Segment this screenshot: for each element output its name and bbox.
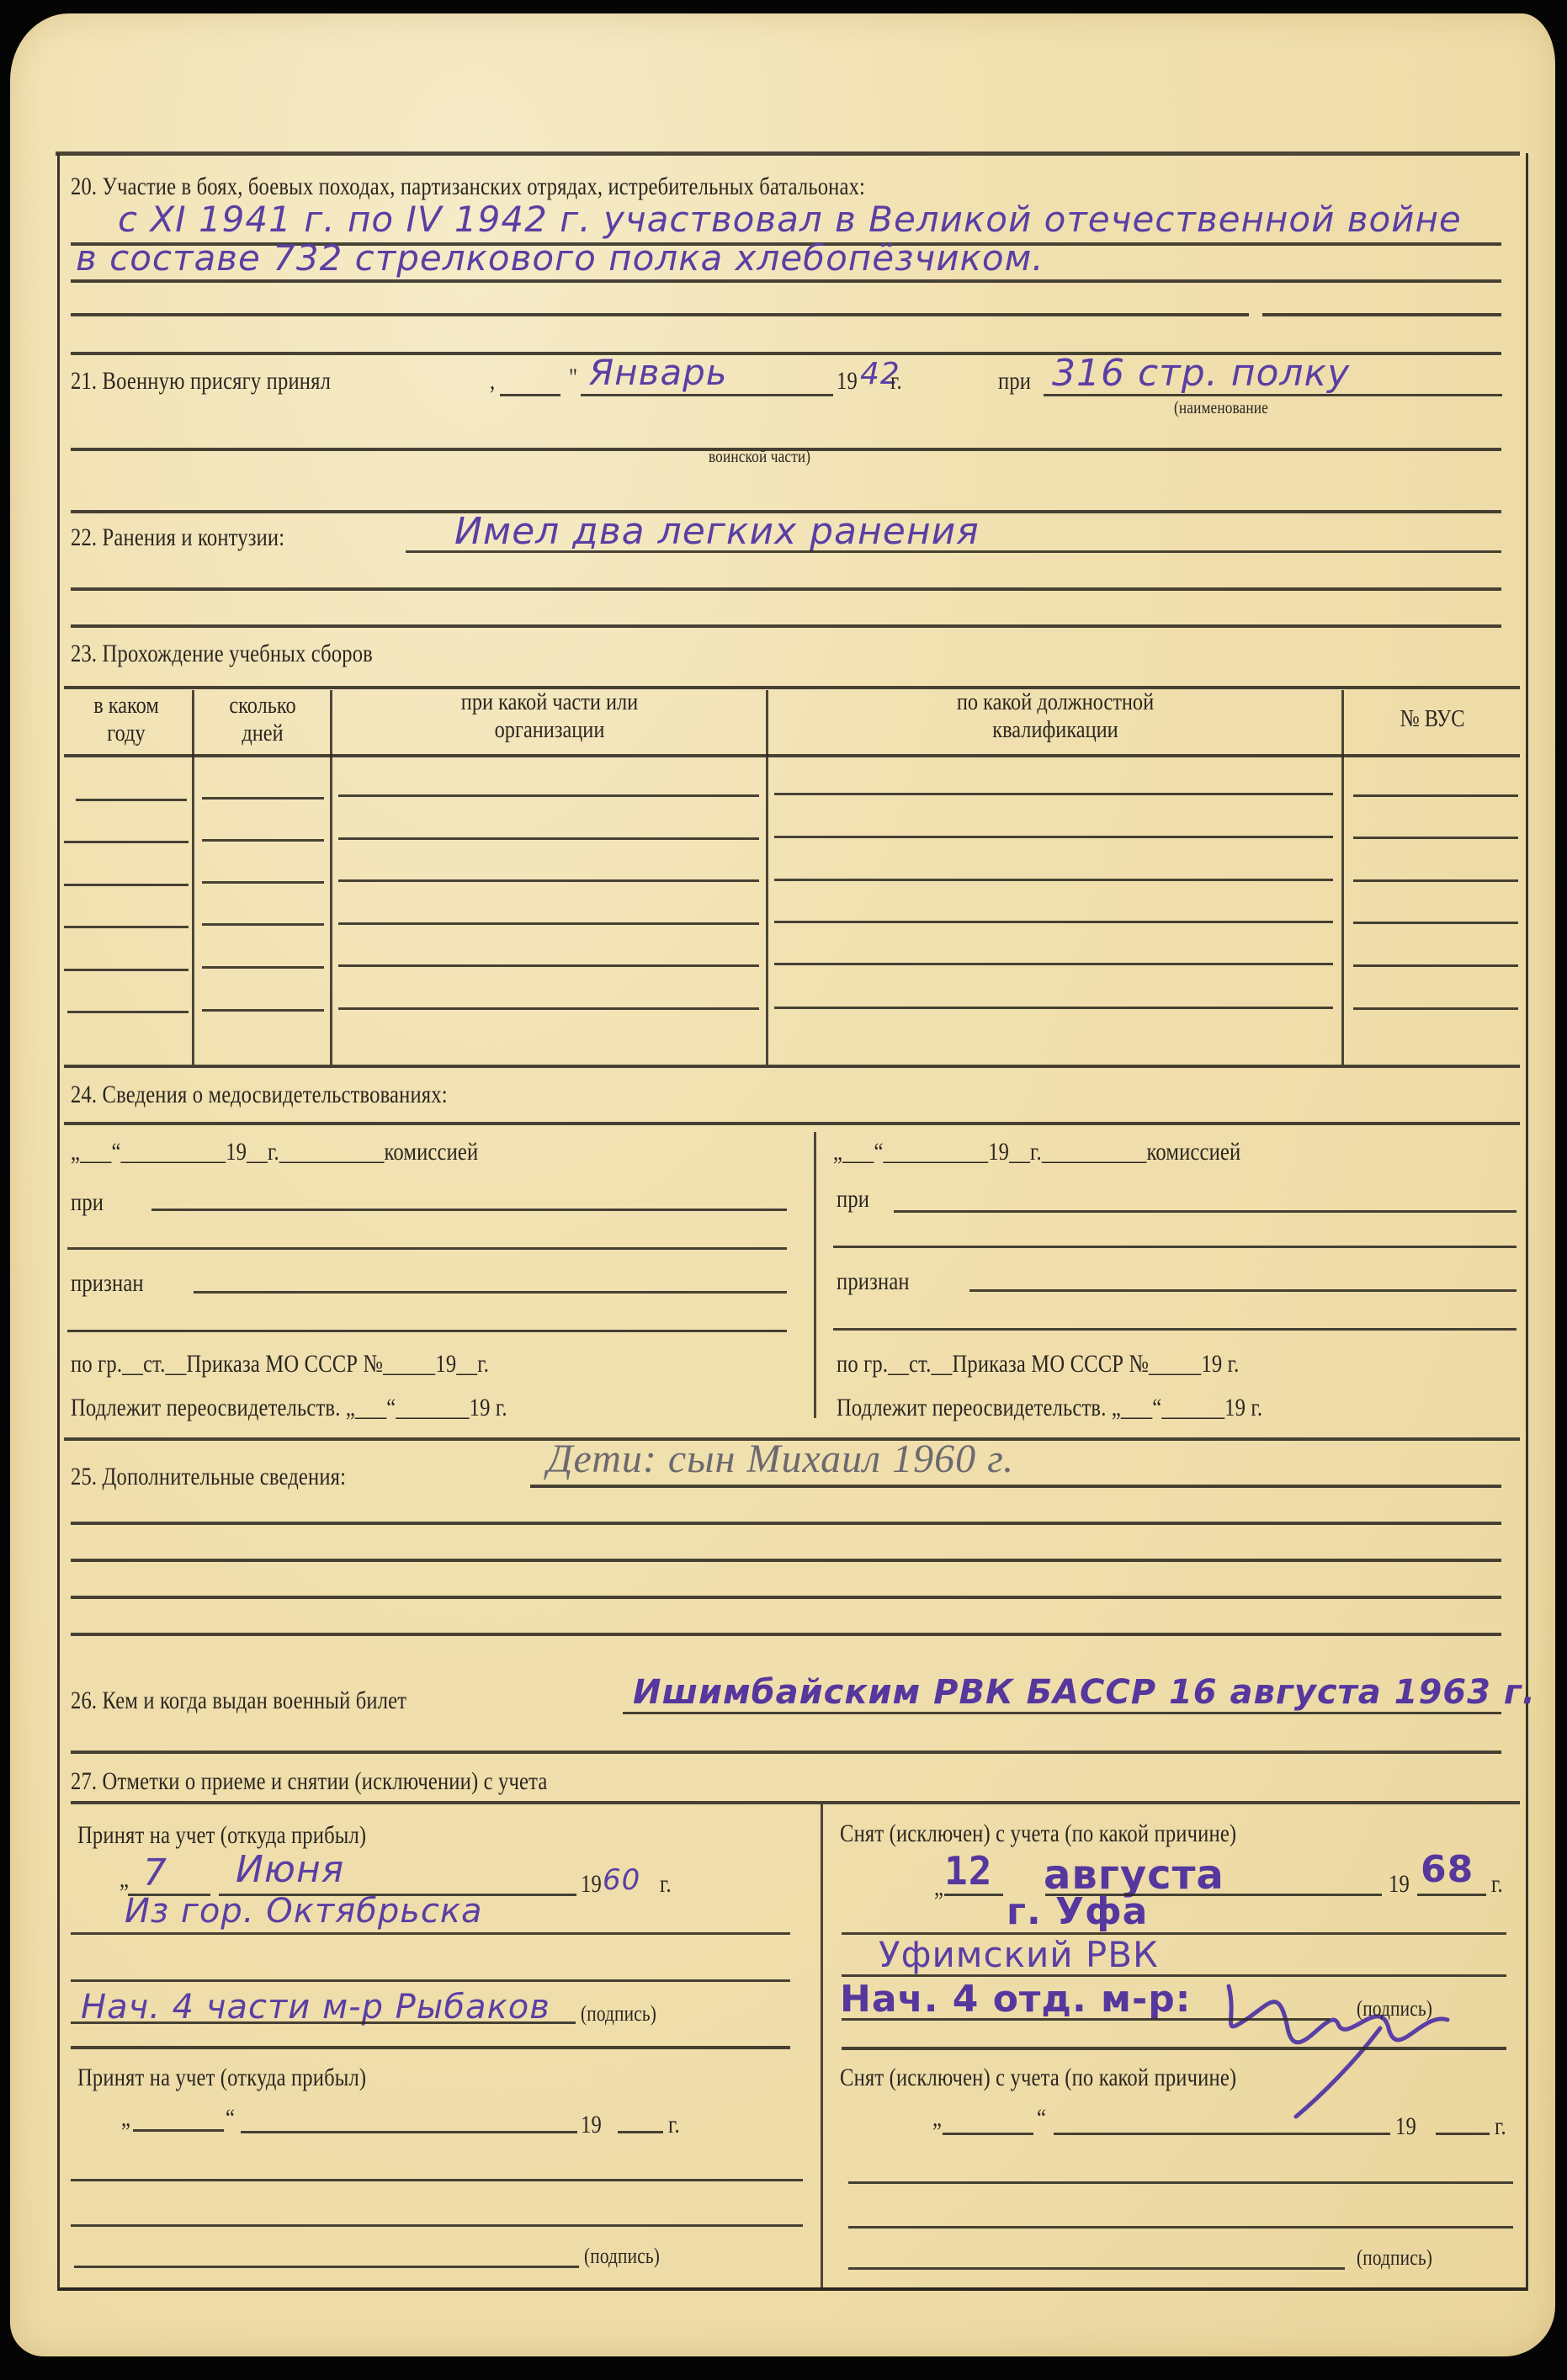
deregistered-heading: Снят (исключен) с учета (по какой причин… [840, 2064, 1236, 2092]
col-divider [766, 690, 768, 1065]
quote-close: " [569, 364, 577, 392]
rule [530, 1485, 1501, 1488]
cell-line [64, 841, 189, 843]
deregistered-reason-2[interactable]: Уфимский РВК [879, 1934, 1159, 1975]
section-22-label: 22. Ранения и контузии: [71, 523, 284, 552]
cell-line [338, 922, 759, 925]
cell-line [774, 963, 1333, 965]
at-label: при [998, 367, 1031, 396]
year-blank[interactable] [618, 2131, 663, 2133]
table-header-rule [64, 754, 1520, 757]
section-20-label: 20. Участие в боях, боевых походах, парт… [71, 173, 865, 201]
day-blank[interactable] [133, 2129, 224, 2132]
deregistered-year[interactable]: 68 [1421, 1848, 1474, 1891]
col-header-year: в какомгоду [70, 692, 183, 747]
field-line [71, 1979, 790, 1982]
exam-recognized-label: признан [71, 1269, 144, 1298]
oath-month-value[interactable]: Январь [589, 352, 728, 393]
registered-day[interactable]: 7 [143, 1851, 167, 1894]
cell-line [338, 879, 759, 882]
quote-mark: “ [1037, 2104, 1046, 2133]
field-line[interactable] [151, 1209, 787, 1211]
table-top-rule [64, 686, 1520, 689]
wounds-value[interactable]: Имел два легких ранения [454, 510, 980, 553]
month-blank[interactable] [1054, 2133, 1390, 2135]
deregistered-signature[interactable]: Нач. 4 отд. м-р: [840, 1978, 1191, 2021]
cell-line [64, 926, 189, 928]
cell-line [338, 964, 759, 967]
cell-line [338, 794, 759, 797]
exam-date-line[interactable]: „___“__________19__г.__________комиссией [833, 1138, 1240, 1166]
registered-month[interactable]: Июня [236, 1848, 344, 1891]
year-prefix: 19 [1395, 2112, 1416, 2141]
signature-line [842, 2018, 1330, 2021]
section-20-value-line-2[interactable]: в составе 732 стрелкового полка хлебопёз… [76, 237, 1044, 279]
field-line[interactable] [894, 1210, 1517, 1213]
cell-line [338, 1007, 759, 1010]
section-24-label: 24. Сведения о медосвидетельствованиях: [71, 1081, 448, 1109]
field-line[interactable] [67, 1330, 787, 1332]
year-suffix: г. [660, 1870, 672, 1899]
signature-line[interactable] [74, 2266, 579, 2268]
table-bottom-rule [64, 1065, 1520, 1068]
field-line[interactable] [67, 1247, 787, 1250]
col-divider [192, 690, 194, 1065]
rule [71, 313, 1249, 316]
cell-line [338, 837, 759, 840]
exam-at-label: при [837, 1185, 869, 1214]
rule [71, 2046, 790, 2049]
rule [623, 1712, 1501, 1714]
sign-caption: (подпись) [1357, 1996, 1432, 2021]
year-blank [1417, 1894, 1486, 1896]
sign-caption: (подпись) [1357, 2245, 1432, 2271]
registered-from[interactable]: Из гор. Октябрьска [125, 1892, 483, 1931]
quote-mark: „ [121, 2104, 130, 2133]
field-line[interactable] [833, 1328, 1517, 1331]
cell-line [1353, 922, 1518, 924]
rule [71, 1522, 1501, 1525]
day-blank [500, 394, 560, 396]
rule [406, 550, 1501, 553]
cell-line [202, 1009, 324, 1012]
field-line[interactable] [71, 2224, 803, 2227]
cell-line [1353, 1007, 1518, 1010]
field-line[interactable] [833, 1246, 1517, 1248]
exam-at-label: при [71, 1188, 104, 1217]
cell-line [202, 797, 324, 800]
deregistered-day[interactable]: 12 [944, 1848, 992, 1894]
col-header-vus: № ВУС [1359, 705, 1506, 733]
rule [71, 1559, 1501, 1562]
rule [71, 1801, 1520, 1804]
year-suffix: г. [1495, 2112, 1506, 2141]
year-prefix: 19 [581, 1870, 602, 1899]
cell-line [202, 839, 324, 842]
cell-line [774, 1007, 1333, 1009]
signature-line [71, 2021, 576, 2024]
rule [64, 1122, 1520, 1125]
rule [71, 1750, 1501, 1754]
cell-line [76, 799, 187, 801]
column-divider [821, 1804, 823, 2287]
additional-info-value[interactable]: Дети: сын Михаил 1960 г. [547, 1436, 1014, 1482]
signature-line[interactable] [848, 2267, 1345, 2270]
issued-by-value[interactable]: Ишимбайским РВК БАССР 16 августа 1963 г. [633, 1673, 1536, 1712]
month-blank[interactable] [241, 2131, 577, 2133]
section-27-label: 27. Отметки о приеме и снятии (исключени… [71, 1767, 547, 1796]
cell-line [67, 1011, 189, 1013]
col-header-unit: при какой части илиорганизации [368, 688, 731, 744]
exam-recognized-label: признан [837, 1267, 910, 1296]
sign-caption: (подпись) [581, 2001, 656, 2027]
quote-mark: „ [934, 1873, 943, 1902]
day-blank [944, 1894, 1003, 1896]
cell-line [1353, 837, 1518, 839]
col-divider [330, 690, 332, 1065]
quote-mark: „ [120, 1865, 129, 1894]
section-26-label: 26. Кем и когда выдан военный билет [71, 1687, 406, 1715]
year-prefix: 19 [1389, 1870, 1410, 1899]
rule [71, 279, 1501, 283]
quote-open: , [490, 367, 495, 396]
year-prefix: 19 [837, 367, 858, 396]
section-20-value-line-1[interactable]: с XI 1941 г. по IV 1942 г. участвовал в … [118, 199, 1462, 240]
day-blank[interactable] [943, 2133, 1033, 2135]
cell-line [64, 969, 189, 971]
cell-line [1353, 964, 1518, 967]
month-blank [581, 394, 833, 396]
year-prefix: 19 [581, 2111, 602, 2139]
cell-line [774, 793, 1333, 795]
registered-year[interactable]: 60 [603, 1863, 640, 1897]
cell-line [64, 884, 189, 886]
field-line[interactable] [71, 2179, 803, 2181]
quote-mark: “ [226, 2104, 235, 2133]
section-25-label: 25. Дополнительные сведения: [71, 1463, 346, 1491]
year-suffix: г. [1491, 1870, 1503, 1899]
cell-line [774, 879, 1333, 881]
field-line[interactable] [848, 2181, 1513, 2184]
year-suffix: г. [890, 367, 902, 396]
year-suffix: г. [668, 2111, 680, 2139]
year-blank[interactable] [1436, 2133, 1490, 2135]
cell-line [202, 966, 324, 969]
exam-date-line[interactable]: „___“__________19__г.__________комиссией [71, 1138, 478, 1166]
deregistered-heading: Снят (исключен) с учета (по какой причин… [840, 1820, 1236, 1848]
registered-heading: Принят на учет (откуда прибыл) [77, 1821, 366, 1850]
cell-line [1353, 879, 1518, 882]
rule [71, 587, 1501, 591]
rule [1262, 313, 1501, 316]
cell-line [202, 923, 324, 926]
rule [71, 624, 1501, 628]
unit-blank [1044, 394, 1502, 396]
col-header-qualification: по какой должностнойквалификации [815, 688, 1295, 744]
rule [71, 1596, 1501, 1599]
field-line[interactable] [194, 1291, 787, 1294]
exam-reexam-line[interactable]: Подлежит переосвидетельств. „___“_______… [71, 1394, 507, 1422]
exam-reexam-line[interactable]: Подлежит переосвидетельств. „___“______1… [837, 1394, 1262, 1422]
col-header-days: сколькодней [206, 692, 319, 747]
column-divider [814, 1132, 816, 1418]
field-line[interactable] [848, 2226, 1513, 2229]
exam-order-line[interactable]: по гр.__ст.__Приказа МО СССР №_____19__г… [71, 1350, 489, 1379]
field-line [71, 1932, 790, 1935]
col-divider [1341, 690, 1344, 1065]
cell-line [774, 836, 1333, 838]
cell-line [774, 921, 1333, 923]
oath-unit-value[interactable]: 316 стр. полку [1052, 352, 1350, 395]
cell-line [202, 881, 324, 884]
deregistered-reason-1[interactable]: г. Уфа [1007, 1890, 1148, 1933]
exam-order-line[interactable]: по гр.__ст.__Приказа МО СССР №_____19 г. [837, 1350, 1239, 1379]
field-line[interactable] [969, 1289, 1517, 1292]
rule [842, 2047, 1506, 2050]
registered-heading: Принят на учет (откуда прибыл) [77, 2064, 366, 2092]
section-21-label: 21. Военную присягу принял [71, 367, 331, 396]
caption-military-unit: воинской части) [709, 446, 810, 467]
rule [71, 1633, 1501, 1636]
caption-naming: (наименование [1174, 397, 1268, 418]
section-23-label: 23. Прохождение учебных сборов [71, 640, 373, 668]
sign-caption: (подпись) [584, 2244, 660, 2269]
cell-line [1353, 794, 1518, 797]
quote-mark: „ [932, 2104, 942, 2133]
